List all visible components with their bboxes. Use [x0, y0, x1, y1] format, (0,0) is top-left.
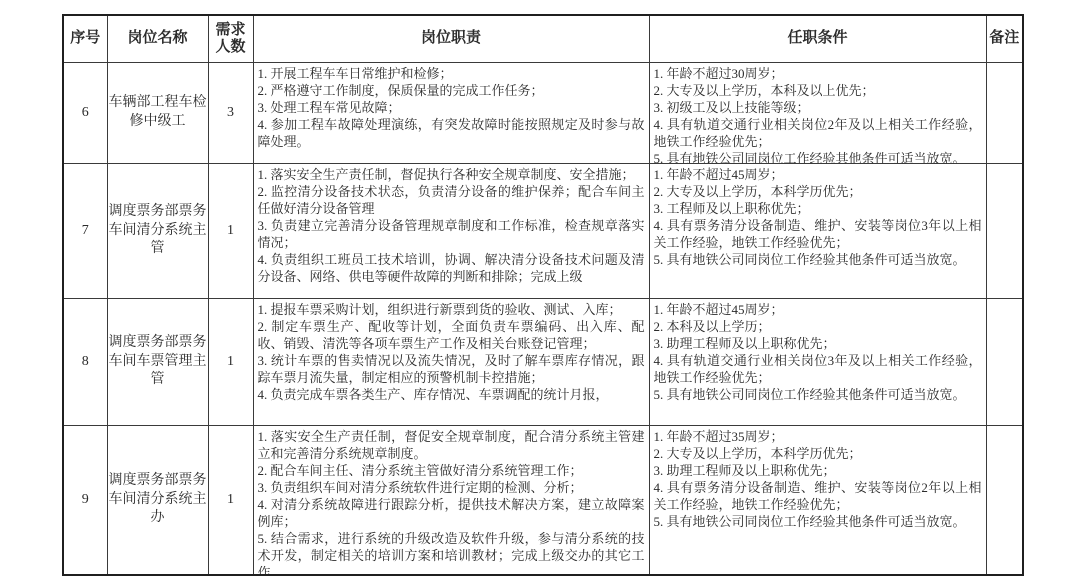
- requirements-text: 1. 年龄不超过45周岁； 2. 本科及以上学历； 3. 助理工程师及以上职称优…: [650, 299, 986, 425]
- row-no: 6: [63, 63, 107, 164]
- headcount-cell: 3: [208, 63, 253, 164]
- remark-cell: [986, 63, 1023, 164]
- column-header-no: 序号: [63, 15, 107, 63]
- position-name-cell: 调度票务部票务车间清分系统主办: [107, 426, 208, 576]
- remark-cell: [986, 299, 1023, 426]
- duties-text: 1. 落实安全生产责任制，督促安全规章制度，配合清分系统主管建立和完善清分系统规…: [254, 426, 649, 574]
- table-row: 8 调度票务部票务车间车票管理主管 1 1. 提报车票采购计划，组织进行新票到货…: [63, 299, 1023, 426]
- document-page: 序号 岗位名称 需求人数 岗位职责 任职条件 备注 6 车辆部工程车检修中级工 …: [0, 0, 1080, 582]
- requirements-cell: 1. 年龄不超过30周岁； 2. 大专及以上学历，本科及以上优先； 3. 初级工…: [649, 63, 986, 164]
- headcount-cell: 1: [208, 299, 253, 426]
- column-header-position: 岗位名称: [107, 15, 208, 63]
- row-no: 8: [63, 299, 107, 426]
- table-row: 9 调度票务部票务车间清分系统主办 1 1. 落实安全生产责任制，督促安全规章制…: [63, 426, 1023, 576]
- column-header-remark: 备注: [986, 15, 1023, 63]
- position-name-cell: 调度票务部票务车间车票管理主管: [107, 299, 208, 426]
- requirements-cell: 1. 年龄不超过45周岁； 2. 本科及以上学历； 3. 助理工程师及以上职称优…: [649, 299, 986, 426]
- header-row: 序号 岗位名称 需求人数 岗位职责 任职条件 备注: [63, 15, 1023, 63]
- duties-text: 1. 落实安全生产责任制，督促执行各种安全规章制度、安全措施； 2. 监控清分设…: [254, 164, 649, 298]
- duties-cell: 1. 提报车票采购计划，组织进行新票到货的验收、测试、入库； 2. 制定车票生产…: [253, 299, 649, 426]
- requirements-text: 1. 年龄不超过35周岁； 2. 大专及以上学历，本科学历优先； 3. 助理工程…: [650, 426, 986, 574]
- duties-text: 1. 提报车票采购计划，组织进行新票到货的验收、测试、入库； 2. 制定车票生产…: [254, 299, 649, 425]
- requirements-text: 1. 年龄不超过30周岁； 2. 大专及以上学历，本科及以上优先； 3. 初级工…: [650, 63, 986, 163]
- column-header-headcount: 需求人数: [208, 15, 253, 63]
- position-name-cell: 调度票务部票务车间清分系统主管: [107, 164, 208, 299]
- column-header-duties: 岗位职责: [253, 15, 649, 63]
- table-row: 7 调度票务部票务车间清分系统主管 1 1. 落实安全生产责任制，督促执行各种安…: [63, 164, 1023, 299]
- remark-cell: [986, 426, 1023, 576]
- column-header-requirements: 任职条件: [649, 15, 986, 63]
- headcount-cell: 1: [208, 426, 253, 576]
- headcount-cell: 1: [208, 164, 253, 299]
- duties-cell: 1. 开展工程车车日常维护和检修； 2. 严格遵守工作制度，保质保量的完成工作任…: [253, 63, 649, 164]
- requirements-cell: 1. 年龄不超过35周岁； 2. 大专及以上学历，本科学历优先； 3. 助理工程…: [649, 426, 986, 576]
- duties-cell: 1. 落实安全生产责任制，督促安全规章制度，配合清分系统主管建立和完善清分系统规…: [253, 426, 649, 576]
- row-no: 7: [63, 164, 107, 299]
- requirements-text: 1. 年龄不超过45周岁； 2. 大专及以上学历，本科学历优先； 3. 工程师及…: [650, 164, 986, 298]
- duties-cell: 1. 落实安全生产责任制，督促执行各种安全规章制度、安全措施； 2. 监控清分设…: [253, 164, 649, 299]
- remark-cell: [986, 164, 1023, 299]
- requirements-cell: 1. 年龄不超过45周岁； 2. 大专及以上学历，本科学历优先； 3. 工程师及…: [649, 164, 986, 299]
- table-row: 6 车辆部工程车检修中级工 3 1. 开展工程车车日常维护和检修； 2. 严格遵…: [63, 63, 1023, 164]
- row-no: 9: [63, 426, 107, 576]
- job-postings-table: 序号 岗位名称 需求人数 岗位职责 任职条件 备注 6 车辆部工程车检修中级工 …: [62, 14, 1024, 576]
- duties-text: 1. 开展工程车车日常维护和检修； 2. 严格遵守工作制度，保质保量的完成工作任…: [254, 63, 649, 163]
- position-name-cell: 车辆部工程车检修中级工: [107, 63, 208, 164]
